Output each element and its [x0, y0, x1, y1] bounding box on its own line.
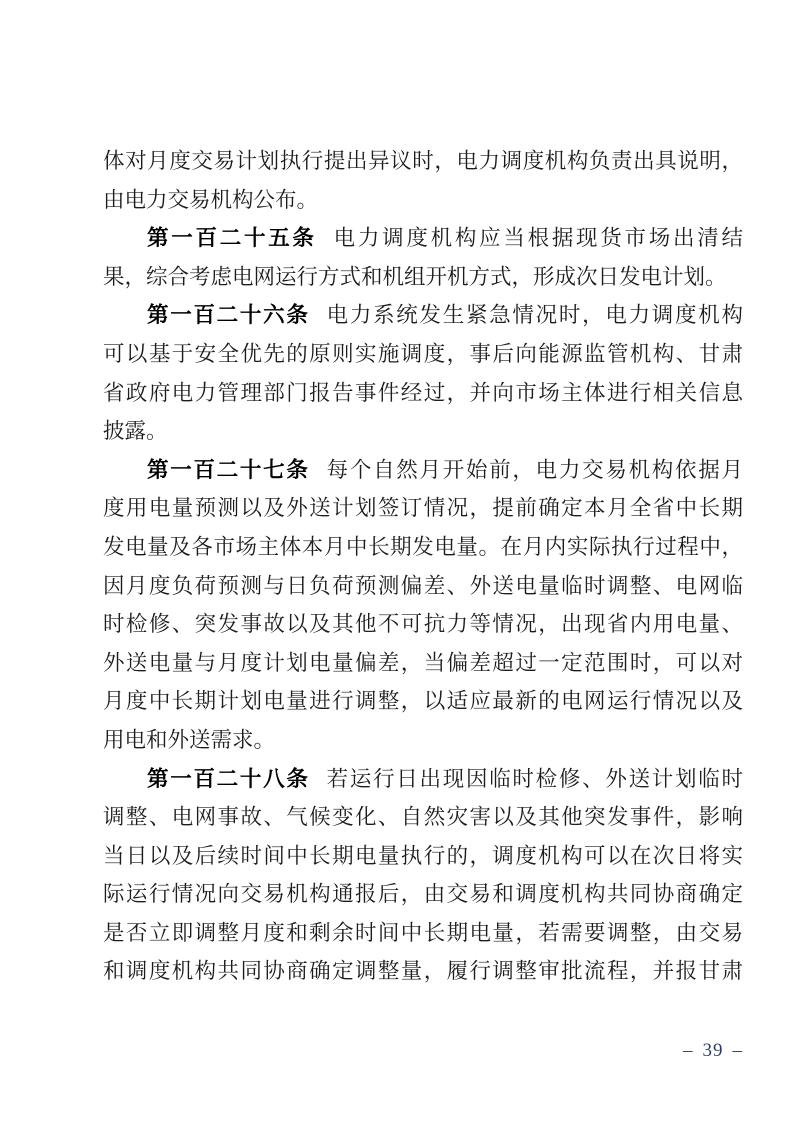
text-run: 当日以及后续时间中长期电量执行的，调度机构可以在次日将实	[103, 844, 743, 868]
text-run: 因月度负荷预测与日负荷预测偏差、外送电量临时调整、电网临	[103, 574, 743, 598]
text-line: 可以基于安全优先的原则实施调度，事后向能源监管机构、甘肃	[103, 335, 743, 374]
text-run: 可以基于安全优先的原则实施调度，事后向能源监管机构、甘肃	[103, 342, 743, 366]
page-footer: –39–	[683, 1040, 743, 1062]
text-line: 月度中长期计划电量进行调整，以适应最新的电网运行情况以及	[103, 682, 743, 721]
article-line: 第一百二十六条电力系统发生紧急情况时，电力调度机构	[103, 296, 743, 335]
text-run: 披露。	[103, 419, 168, 443]
text-run: 若运行日出现因临时检修、外送计划临时	[327, 767, 743, 791]
text-line: 和调度机构共同协商确定调整量，履行调整审批流程，并报甘肃	[103, 952, 743, 991]
text-run: 度用电量预测以及外送计划签订情况，提前确定本月全省中长期	[103, 496, 743, 520]
text-line: 时检修、突发事故以及其他不可抗力等情况，出现省内用电量、	[103, 605, 743, 644]
text-line: 外送电量与月度计划电量偏差，当偏差超过一定范围时，可以对	[103, 644, 743, 683]
text-line: 是否立即调整月度和剩余时间中长期电量，若需要调整，由交易	[103, 914, 743, 953]
text-line: 果，综合考虑电网运行方式和机组开机方式，形成次日发电计划。	[103, 258, 743, 297]
text-run: 体对月度交易计划执行提出异议时，电力调度机构负责出具说明，	[103, 149, 743, 173]
text-line: 披露。	[103, 412, 743, 451]
text-run: 时检修、突发事故以及其他不可抗力等情况，出现省内用电量、	[103, 612, 743, 636]
text-run: 是否立即调整月度和剩余时间中长期电量，若需要调整，由交易	[103, 921, 743, 945]
article-number: 第一百二十五条	[147, 226, 317, 250]
text-run: 电力调度机构应当根据现货市场出清结	[334, 226, 743, 250]
article-line: 第一百二十八条若运行日出现因临时检修、外送计划临时	[103, 760, 743, 799]
text-run: 外送电量与月度计划电量偏差，当偏差超过一定范围时，可以对	[103, 651, 743, 675]
text-line: 发电量及各市场主体本月中长期发电量。在月内实际执行过程中，	[103, 528, 743, 567]
text-line: 因月度负荷预测与日负荷预测偏差、外送电量临时调整、电网临	[103, 567, 743, 606]
document-page: 体对月度交易计划执行提出异议时，电力调度机构负责出具说明，由电力交易机构公布。第…	[0, 0, 804, 1130]
text-line: 用电和外送需求。	[103, 721, 743, 760]
page-number-dash-right: –	[733, 1040, 744, 1061]
text-run: 和调度机构共同协商确定调整量，履行调整审批流程，并报甘肃	[103, 959, 743, 983]
text-line: 体对月度交易计划执行提出异议时，电力调度机构负责出具说明，	[103, 142, 743, 181]
article-number: 第一百二十七条	[147, 458, 310, 482]
text-line: 当日以及后续时间中长期电量执行的，调度机构可以在次日将实	[103, 837, 743, 876]
text-line: 省政府电力管理部门报告事件经过，并向市场主体进行相关信息	[103, 374, 743, 413]
text-run: 由电力交易机构公布。	[103, 188, 318, 212]
text-run: 调整、电网事故、气候变化、自然灾害以及其他突发事件，影响	[103, 805, 743, 829]
text-run: 际运行情况向交易机构通报后，由交易和调度机构共同协商确定	[103, 882, 743, 906]
text-line: 由电力交易机构公布。	[103, 181, 743, 220]
text-line: 调整、电网事故、气候变化、自然灾害以及其他突发事件，影响	[103, 798, 743, 837]
document-body: 体对月度交易计划执行提出异议时，电力调度机构负责出具说明，由电力交易机构公布。第…	[103, 142, 743, 991]
article-number: 第一百二十六条	[147, 303, 310, 327]
text-run: 用电和外送需求。	[103, 728, 275, 752]
page-number: 39	[703, 1040, 724, 1061]
text-line: 度用电量预测以及外送计划签订情况，提前确定本月全省中长期	[103, 489, 743, 528]
article-number: 第一百二十八条	[147, 767, 310, 791]
text-run: 电力系统发生紧急情况时，电力调度机构	[327, 303, 743, 327]
text-run: 省政府电力管理部门报告事件经过，并向市场主体进行相关信息	[103, 381, 743, 405]
text-run: 每个自然月开始前，电力交易机构依据月	[327, 458, 743, 482]
text-run: 发电量及各市场主体本月中长期发电量。在月内实际执行过程中，	[103, 535, 743, 559]
article-line: 第一百二十七条每个自然月开始前，电力交易机构依据月	[103, 451, 743, 490]
text-line: 际运行情况向交易机构通报后，由交易和调度机构共同协商确定	[103, 875, 743, 914]
page-number-dash-left: –	[683, 1040, 694, 1061]
article-line: 第一百二十五条电力调度机构应当根据现货市场出清结	[103, 219, 743, 258]
text-run: 果，综合考虑电网运行方式和机组开机方式，形成次日发电计划。	[103, 265, 727, 289]
text-run: 月度中长期计划电量进行调整，以适应最新的电网运行情况以及	[103, 689, 743, 713]
